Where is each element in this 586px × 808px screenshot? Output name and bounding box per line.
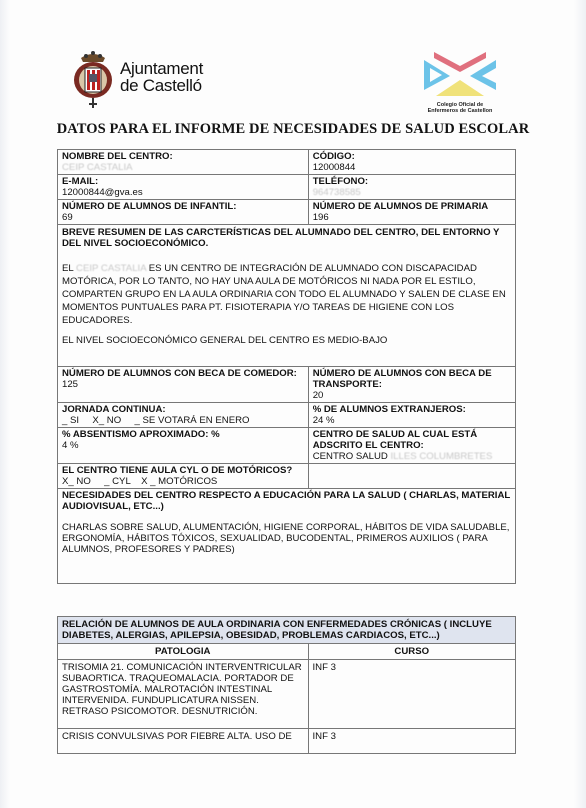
resumen-text: EL xyxy=(62,263,76,274)
comedor-label: NÚMERO DE ALUMNOS CON BECA DE COMEDOR: xyxy=(62,368,304,379)
aula-cell: EL CENTRO TIENE AULA CYL O DE MOTÓRICOS?… xyxy=(58,464,309,489)
centro-salud-text: CENTRO SALUD xyxy=(313,451,391,462)
centro-salud-cell: CENTRO DE SALUD AL CUAL ESTÁ ADSCRITO EL… xyxy=(308,428,515,464)
form-row: NECESIDADES DEL CENTRO RESPECTO A EDUCAC… xyxy=(58,489,516,584)
codigo-cell: CÓDIGO: 12000844 xyxy=(308,150,515,175)
infantil-label: NÚMERO DE ALUMNOS DE INFANTIL: xyxy=(62,201,304,212)
form-row: NÚMERO DE ALUMNOS CON BECA DE COMEDOR: 1… xyxy=(58,367,516,403)
chronic-column-headers: PATOLOGIA CURSO xyxy=(58,644,516,660)
aula-label: EL CENTRO TIENE AULA CYL O DE MOTÓRICOS? xyxy=(62,465,304,476)
absentismo-label: % ABSENTISMO APROXIMADO: % xyxy=(62,429,304,440)
email-label: E-MAIL: xyxy=(62,176,304,187)
colegio-name-line2: Enfermeros de Castellon xyxy=(402,108,518,114)
comedor-value: 125 xyxy=(62,379,304,390)
infantil-value: 69 xyxy=(62,212,304,223)
transporte-cell: NÚMERO DE ALUMNOS CON BECA DE TRANSPORTE… xyxy=(308,367,515,403)
necesidades-value: CHARLAS SOBRE SALUD, ALUMENTACIÓN, HIGIE… xyxy=(62,522,511,555)
chronic-diseases-table: RELACIÓN DE ALUMNOS DE AULA ORDINARIA CO… xyxy=(57,616,516,754)
form-row: NOMBRE DEL CENTRO: CEIP CASTALIA CÓDIGO:… xyxy=(58,150,516,175)
telefono-cell: TELÉFONO: 964738585 xyxy=(308,175,515,200)
col-patologia: PATOLOGIA xyxy=(58,644,309,660)
ajuntament-name-line1: Ajuntament xyxy=(120,60,203,77)
coat-of-arms-icon xyxy=(72,48,114,110)
primaria-cell: NÚMERO DE ALUMNOS DE PRIMARIA 196 xyxy=(308,200,515,225)
document-title: DATOS PARA EL INFORME DE NECESIDADES DE … xyxy=(0,121,586,138)
curso-cell: INF 3 xyxy=(308,729,515,754)
necesidades-cell: NECESIDADES DEL CENTRO RESPECTO A EDUCAC… xyxy=(58,489,516,584)
nursing-college-logo-icon xyxy=(422,50,498,102)
absentismo-cell: % ABSENTISMO APROXIMADO: % 4 % xyxy=(58,428,309,464)
redacted-health-center: ILLES COLUMBRETES xyxy=(391,451,493,462)
jornada-label: JORNADA CONTINUA: xyxy=(62,404,304,415)
col-curso: CURSO xyxy=(308,644,515,660)
extranjeros-label: % DE ALUMNOS EXTRANJEROS: xyxy=(313,404,511,415)
chronic-heading-row: RELACIÓN DE ALUMNOS DE AULA ORDINARIA CO… xyxy=(58,617,516,644)
form-row: EL CENTRO TIENE AULA CYL O DE MOTÓRICOS?… xyxy=(58,464,516,489)
absentismo-value: 4 % xyxy=(62,440,304,451)
school-data-form: NOMBRE DEL CENTRO: CEIP CASTALIA CÓDIGO:… xyxy=(57,149,516,584)
table-row: CRISIS CONVULSIVAS POR FIEBRE ALTA. USO … xyxy=(58,729,516,754)
extranjeros-value: 24 % xyxy=(313,415,511,426)
form-row: NÚMERO DE ALUMNOS DE INFANTIL: 69 NÚMERO… xyxy=(58,200,516,225)
email-cell: E-MAIL: 12000844@gva.es xyxy=(58,175,309,200)
resumen-paragraph-1: EL CEIP CASTALIA ES UN CENTRO DE INTEGRA… xyxy=(62,262,511,327)
necesidades-label: NECESIDADES DEL CENTRO RESPECTO A EDUCAC… xyxy=(62,490,511,512)
curso-cell: INF 3 xyxy=(308,660,515,729)
jornada-options: _ SI X_ NO _ SE VOTARÁ EN ENERO xyxy=(62,415,304,426)
centro-salud-value: CENTRO SALUD ILLES COLUMBRETES xyxy=(313,451,511,462)
centro-salud-label: CENTRO DE SALUD AL CUAL ESTÁ ADSCRITO EL… xyxy=(313,429,511,451)
ajuntament-name-line2: de Castelló xyxy=(120,77,203,94)
ajuntament-logo: Ajuntament de Castelló xyxy=(72,48,242,110)
email-value: 12000844@gva.es xyxy=(62,187,304,198)
form-row: % ABSENTISMO APROXIMADO: % 4 % CENTRO DE… xyxy=(58,428,516,464)
table-row: TRISOMIA 21. COMUNICACIÓN INTERVENTRICUL… xyxy=(58,660,516,729)
patologia-cell: CRISIS CONVULSIVAS POR FIEBRE ALTA. USO … xyxy=(58,729,309,754)
aula-options: X_ NO _ CYL X _ MOTÓRICOS xyxy=(62,476,304,487)
jornada-cell: JORNADA CONTINUA: _ SI X_ NO _ SE VOTARÁ… xyxy=(58,403,309,428)
primaria-label: NÚMERO DE ALUMNOS DE PRIMARIA xyxy=(313,201,511,212)
resumen-cell: BREVE RESUMEN DE LAS CARCTERÍSTICAS DEL … xyxy=(58,225,516,367)
redacted-school-name: CEIP CASTALIA xyxy=(76,263,146,274)
form-row: E-MAIL: 12000844@gva.es TELÉFONO: 964738… xyxy=(58,175,516,200)
telefono-label: TELÉFONO: xyxy=(313,176,511,187)
nombre-centro-label: NOMBRE DEL CENTRO: xyxy=(62,151,304,162)
nombre-centro-value: CEIP CASTALIA xyxy=(62,162,304,173)
chronic-heading: RELACIÓN DE ALUMNOS DE AULA ORDINARIA CO… xyxy=(58,617,516,644)
nombre-centro-cell: NOMBRE DEL CENTRO: CEIP CASTALIA xyxy=(58,150,309,175)
empty-cell xyxy=(308,464,515,489)
extranjeros-cell: % DE ALUMNOS EXTRANJEROS: 24 % xyxy=(308,403,515,428)
transporte-label: NÚMERO DE ALUMNOS CON BECA DE TRANSPORTE… xyxy=(313,368,511,390)
telefono-value: 964738585 xyxy=(313,187,511,198)
primaria-value: 196 xyxy=(313,212,511,223)
codigo-label: CÓDIGO: xyxy=(313,151,511,162)
resumen-paragraph-2: EL NIVEL SOCIOECONÓMICO GENERAL DEL CENT… xyxy=(62,335,511,346)
form-row: BREVE RESUMEN DE LAS CARCTERÍSTICAS DEL … xyxy=(58,225,516,367)
resumen-label: BREVE RESUMEN DE LAS CARCTERÍSTICAS DEL … xyxy=(62,227,511,249)
codigo-value: 12000844 xyxy=(313,162,511,173)
transporte-value: 20 xyxy=(313,390,511,401)
comedor-cell: NÚMERO DE ALUMNOS CON BECA DE COMEDOR: 1… xyxy=(58,367,309,403)
colegio-enfermeros-logo: Colegio Oficial de Enfermeros de Castell… xyxy=(402,50,518,116)
patologia-cell: TRISOMIA 21. COMUNICACIÓN INTERVENTRICUL… xyxy=(58,660,309,729)
infantil-cell: NÚMERO DE ALUMNOS DE INFANTIL: 69 xyxy=(58,200,309,225)
form-row: JORNADA CONTINUA: _ SI X_ NO _ SE VOTARÁ… xyxy=(58,403,516,428)
